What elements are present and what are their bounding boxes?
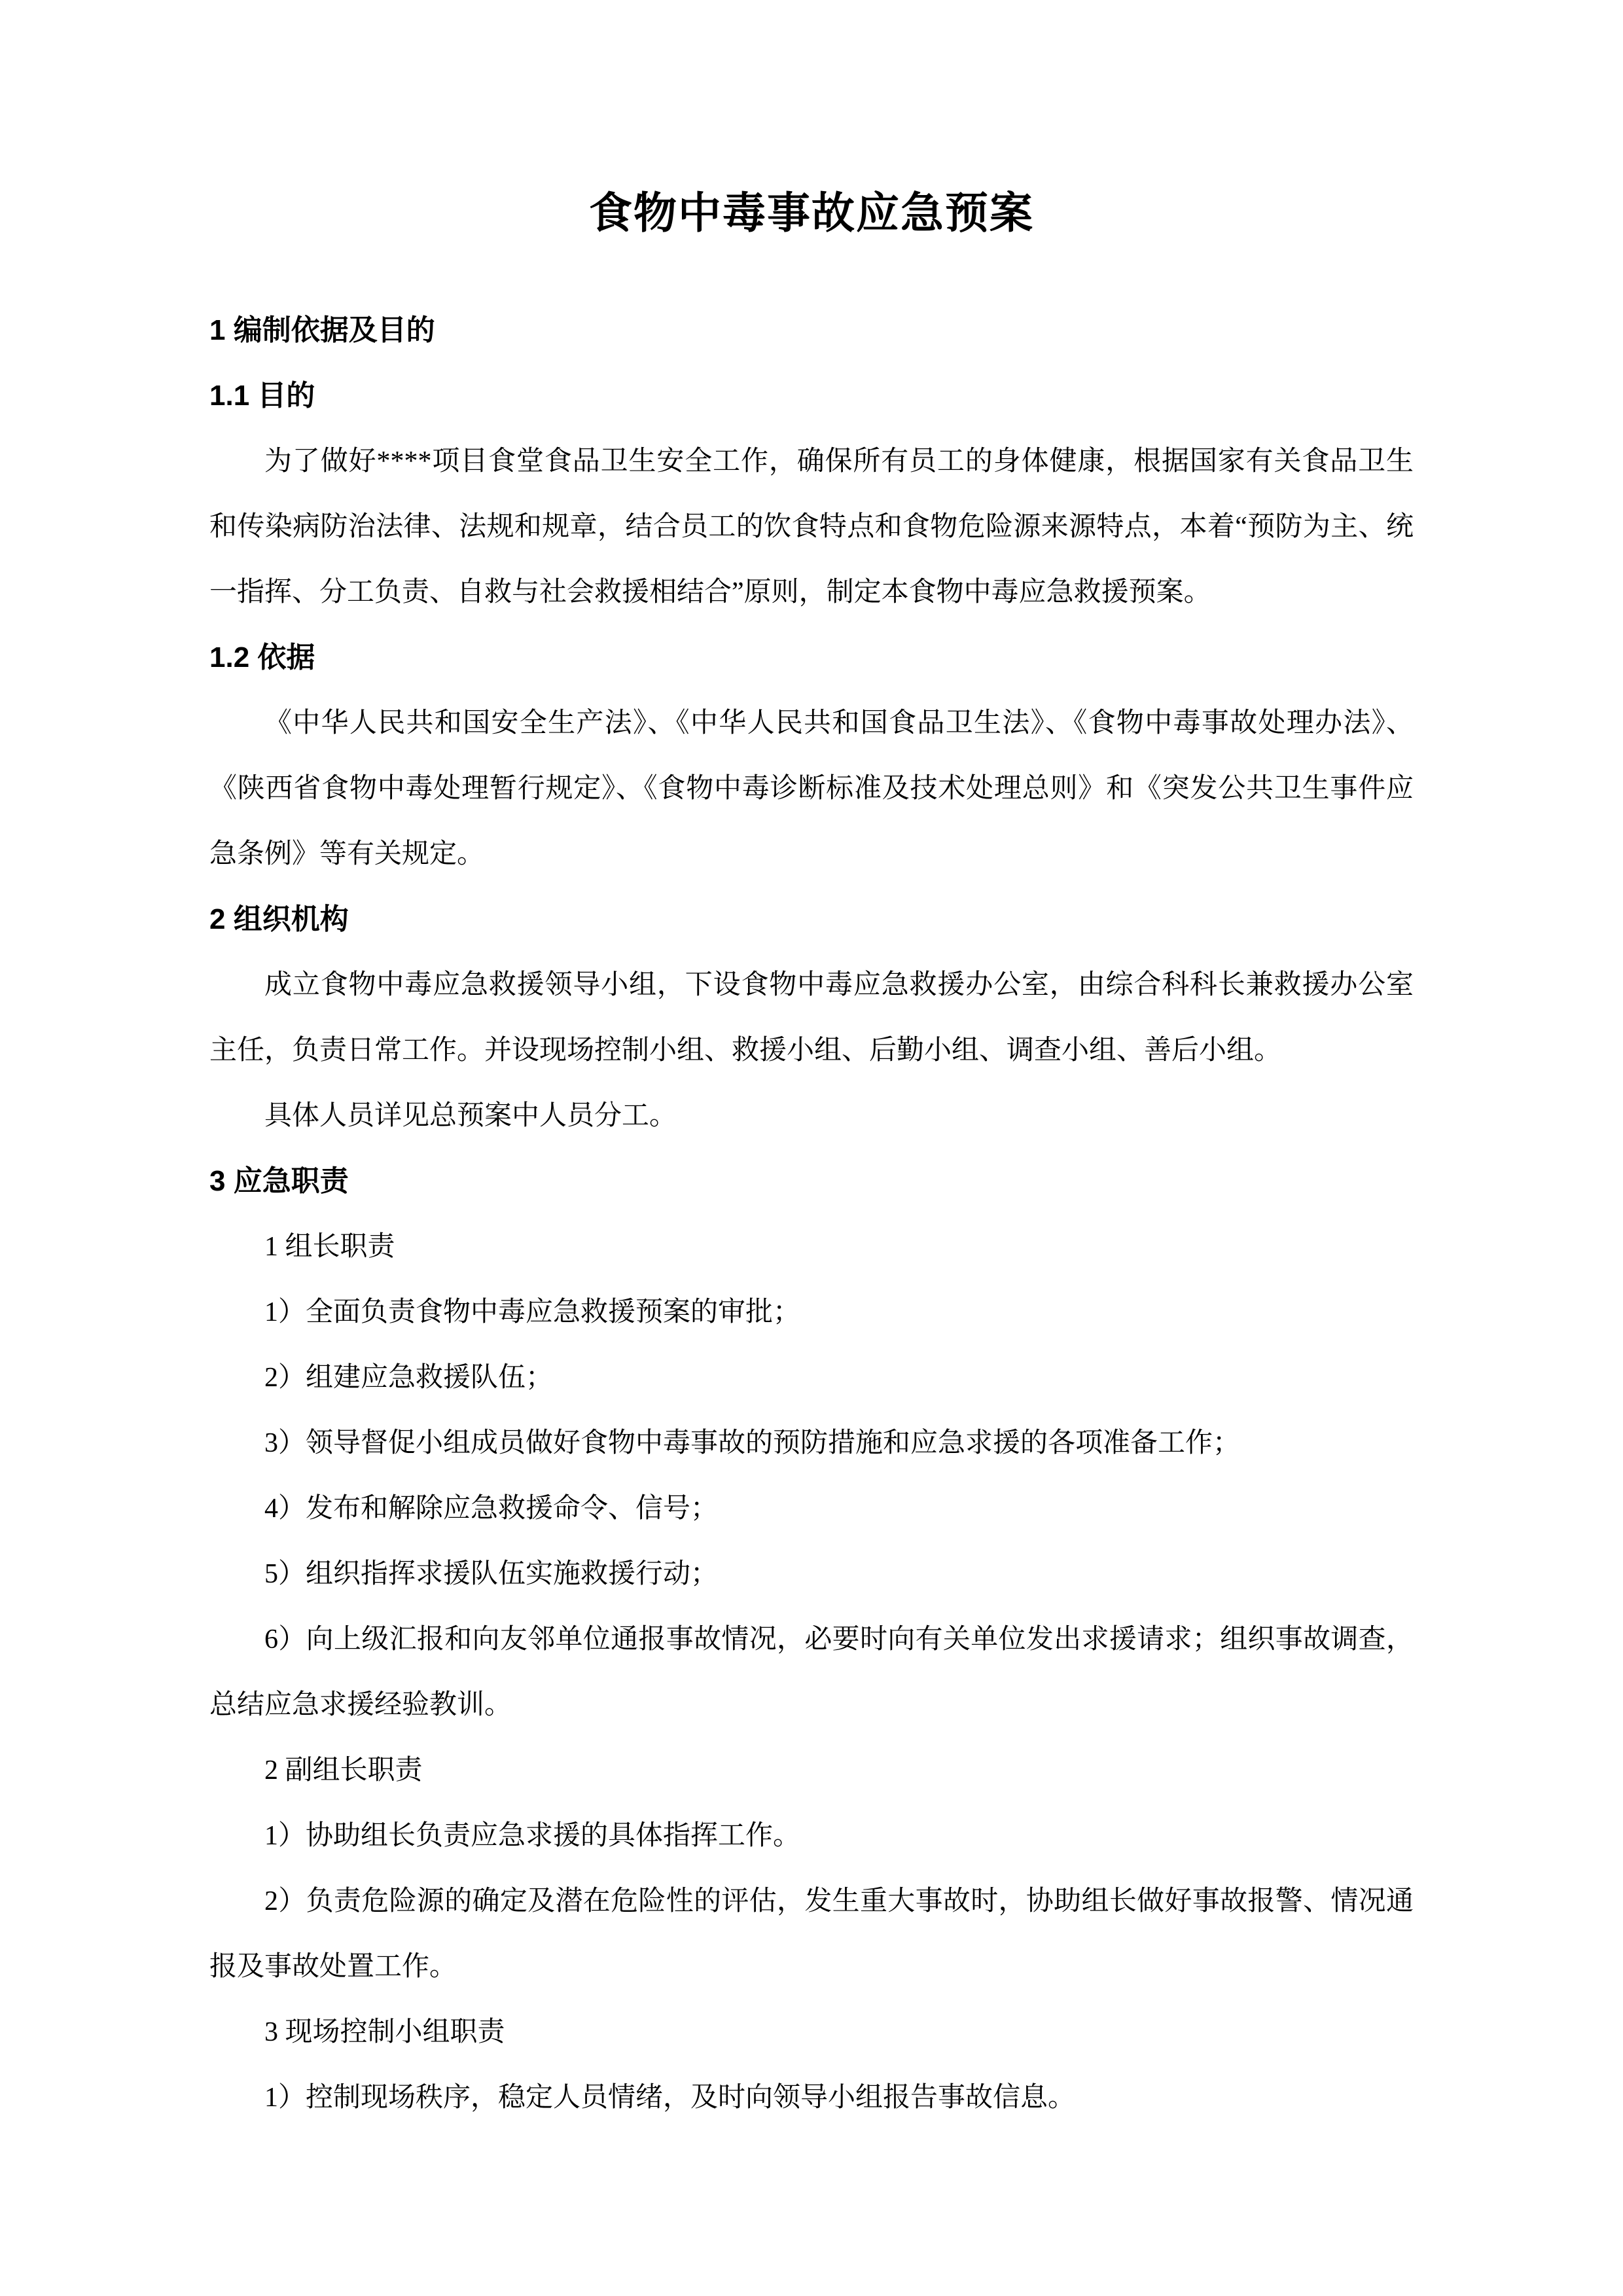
deputy-duty-item-1: 1）协助组长负责应急求援的具体指挥工作。 bbox=[209, 1803, 1414, 1869]
heading-1-1-purpose: 1.1 目的 bbox=[209, 363, 1414, 429]
leader-duty-item-6: 6）向上级汇报和向友邻单位通报事故情况，必要时向有关单位发出求援请求；组织事故调… bbox=[209, 1607, 1414, 1738]
leader-duty-item-1: 1）全面负责食物中毒应急救援预案的审批； bbox=[209, 1280, 1414, 1345]
site-control-duty-item-1: 1）控制现场秩序，稳定人员情绪，及时向领导小组报告事故信息。 bbox=[209, 2065, 1414, 2130]
para-organization-setup: 成立食物中毒应急救援领导小组，下设食物中毒应急救援办公室，由综合科科长兼救援办公… bbox=[209, 952, 1414, 1083]
document-page: 食物中毒事故应急预案 1 编制依据及目的 1.1 目的 为了做好****项目食堂… bbox=[0, 0, 1623, 2296]
leader-duty-item-4: 4）发布和解除应急救援命令、信号； bbox=[209, 1476, 1414, 1541]
para-purpose: 为了做好****项目食堂食品卫生安全工作，确保所有员工的身体健康，根据国家有关食… bbox=[209, 429, 1414, 625]
subheading-site-control-duties: 3 现场控制小组职责 bbox=[209, 2000, 1414, 2065]
para-personnel-note: 具体人员详见总预案中人员分工。 bbox=[209, 1083, 1414, 1149]
heading-2-organization: 2 组织机构 bbox=[209, 887, 1414, 952]
document-title: 食物中毒事故应急预案 bbox=[209, 173, 1414, 252]
leader-duty-item-3: 3）领导督促小组成员做好食物中毒事故的预防措施和应急求援的各项准备工作； bbox=[209, 1410, 1414, 1476]
leader-duty-item-5: 5）组织指挥求援队伍实施救援行动； bbox=[209, 1541, 1414, 1607]
heading-3-emergency-duties: 3 应急职责 bbox=[209, 1149, 1414, 1214]
para-legal-basis: 《中华人民共和国安全生产法》、《中华人民共和国食品卫生法》、《食物中毒事故处理办… bbox=[209, 691, 1414, 887]
heading-1-2-basis: 1.2 依据 bbox=[209, 625, 1414, 691]
leader-duty-item-2: 2）组建应急救援队伍； bbox=[209, 1345, 1414, 1410]
heading-1-basis-and-purpose: 1 编制依据及目的 bbox=[209, 298, 1414, 363]
subheading-deputy-leader-duties: 2 副组长职责 bbox=[209, 1738, 1414, 1803]
subheading-leader-duties: 1 组长职责 bbox=[209, 1214, 1414, 1280]
deputy-duty-item-2: 2）负责危险源的确定及潜在危险性的评估，发生重大事故时，协助组长做好事故报警、情… bbox=[209, 1869, 1414, 2000]
